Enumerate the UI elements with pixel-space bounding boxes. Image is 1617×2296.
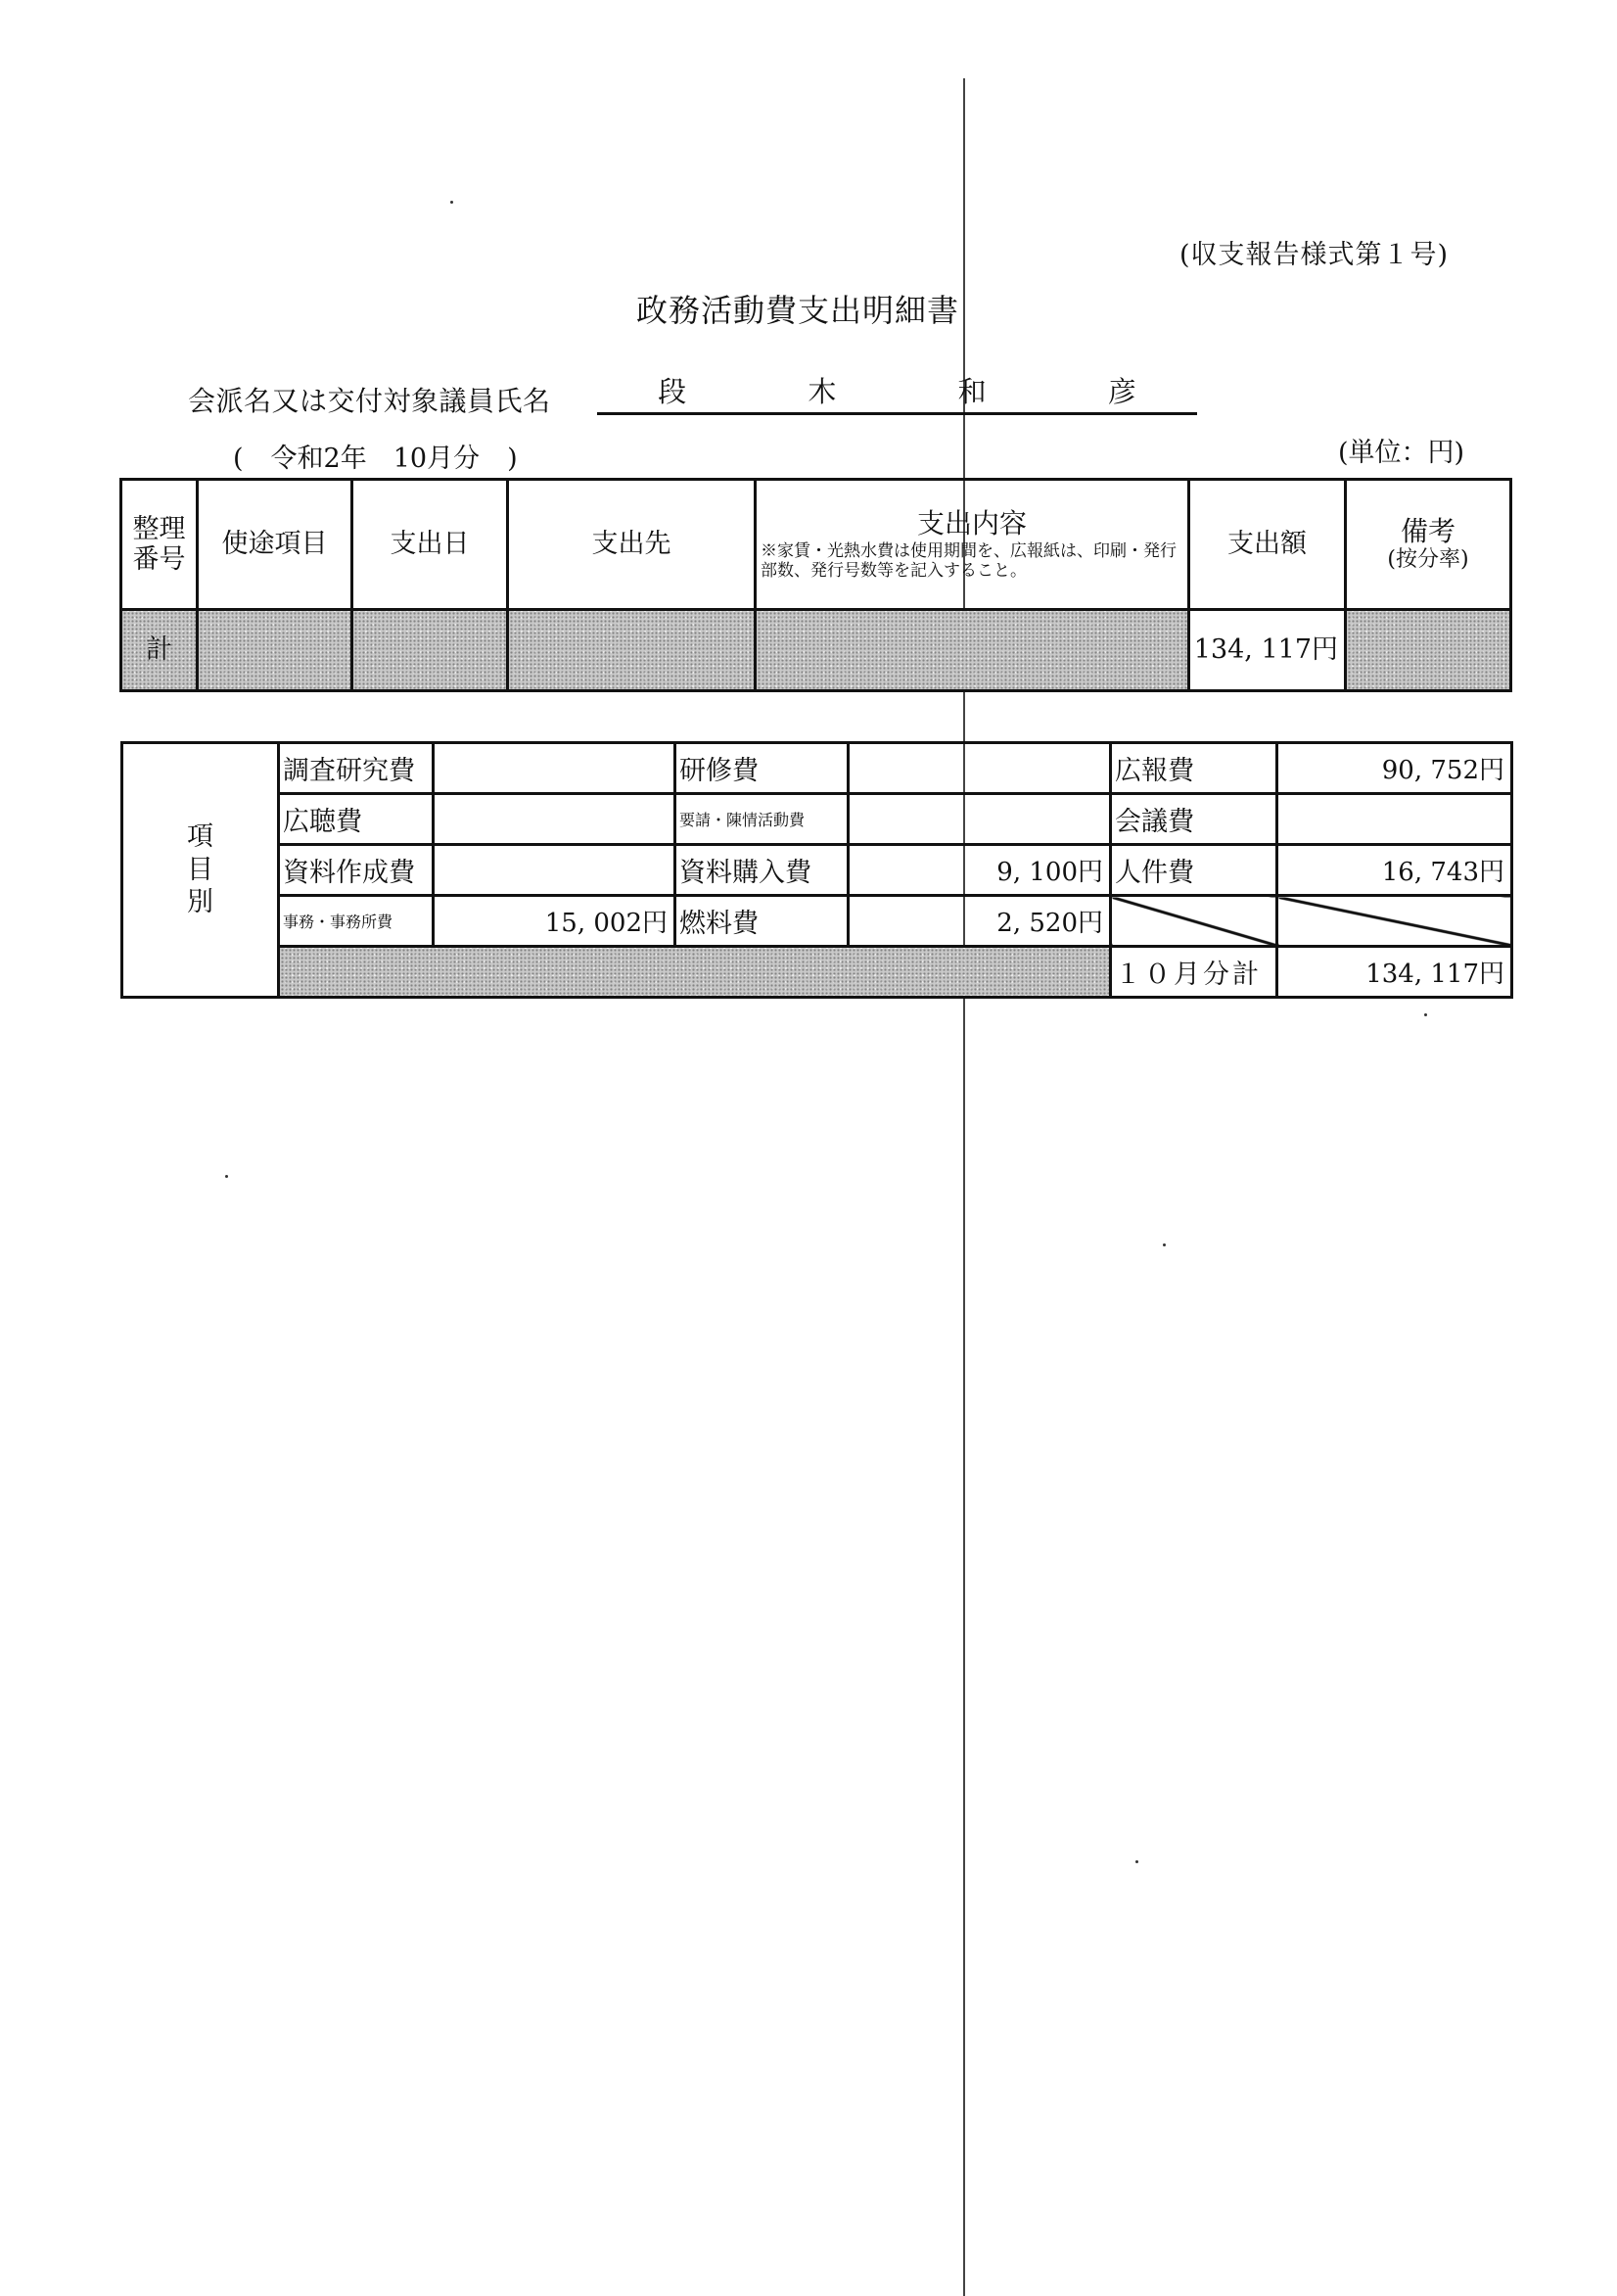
- shaded-cell: [352, 610, 508, 691]
- reporting-period: (令和2年 10月分): [233, 437, 545, 475]
- category-value: 2, 520円: [849, 896, 1111, 947]
- member-name-char: 段: [658, 370, 686, 410]
- category-value: [849, 743, 1111, 794]
- period-open-paren: (: [233, 444, 244, 474]
- category-row: 項 目 別 調査研究費 研修費 広報費 90, 752円: [122, 743, 1512, 794]
- unit-label: (単位：円): [1338, 431, 1464, 469]
- member-name-char: 木: [808, 370, 836, 410]
- scan-speck: [225, 1175, 228, 1178]
- col-header-payee: 支出先: [508, 480, 756, 610]
- category-side-label: 項 目 別: [122, 743, 279, 998]
- expense-detail-table: 整理 番号 使途項目 支出日 支出先 支出内容 ※家賃・光熱水費は使用期間を、広…: [119, 478, 1512, 692]
- shaded-cell: [1346, 610, 1511, 691]
- category-value: [849, 794, 1111, 845]
- total-label: 計: [121, 610, 198, 691]
- category-value: 9, 100円: [849, 845, 1111, 896]
- col-header-amount: 支出額: [1189, 480, 1346, 610]
- category-label: 調査研究費: [279, 743, 434, 794]
- category-label: 資料作成費: [279, 845, 434, 896]
- category-value: 90, 752円: [1277, 743, 1512, 794]
- scan-speck: [1135, 1860, 1138, 1863]
- category-label: 会議費: [1111, 794, 1277, 845]
- period-close-paren: ): [507, 444, 518, 474]
- member-name-field: 段 木 和 彦: [597, 372, 1197, 415]
- scan-speck: [1424, 1013, 1427, 1016]
- category-label: 燃料費: [675, 896, 849, 947]
- form-number: (収支報告様式第１号): [1179, 233, 1449, 271]
- monthly-total-value: 134, 117円: [1277, 947, 1512, 998]
- col-header-date: 支出日: [352, 480, 508, 610]
- description-title: 支出内容: [757, 508, 1187, 539]
- category-label: 広聴費: [279, 794, 434, 845]
- monthly-total-row: １０月分計 134, 117円: [122, 947, 1512, 998]
- scan-speck: [450, 201, 453, 204]
- category-label: 要請・陳情活動費: [675, 794, 849, 845]
- page-title: 政務活動費支出明細書: [636, 286, 959, 331]
- category-label: 広報費: [1111, 743, 1277, 794]
- member-name-label: 会派名又は交付対象議員氏名: [188, 380, 551, 419]
- struck-out-cell: [1277, 896, 1512, 947]
- struck-out-cell: [1111, 896, 1277, 947]
- shaded-cell: [198, 610, 352, 691]
- category-label: 事務・事務所費: [279, 896, 434, 947]
- category-value: 15, 002円: [434, 896, 675, 947]
- shaded-cell: [756, 610, 1189, 691]
- col-header-remarks: 備考 (按分率): [1346, 480, 1511, 610]
- scan-speck: [1163, 1243, 1166, 1246]
- period-text: 令和2年 10月分: [271, 444, 481, 474]
- category-label: 研修費: [675, 743, 849, 794]
- col-header-ref-number: 整理 番号: [121, 480, 198, 610]
- category-row: 広聴費 要請・陳情活動費 会議費: [122, 794, 1512, 845]
- col-header-description: 支出内容 ※家賃・光熱水費は使用期間を、広報紙は、印刷・発行部数、発行号数等を記…: [756, 480, 1189, 610]
- table-header-row: 整理 番号 使途項目 支出日 支出先 支出内容 ※家賃・光熱水費は使用期間を、広…: [121, 480, 1511, 610]
- total-amount: 134, 117円: [1189, 610, 1346, 691]
- shaded-cell: [279, 947, 1111, 998]
- category-label: 人件費: [1111, 845, 1277, 896]
- shaded-cell: [508, 610, 756, 691]
- category-value: [434, 845, 675, 896]
- category-value: 16, 743円: [1277, 845, 1512, 896]
- category-value: [434, 794, 675, 845]
- category-value: [434, 743, 675, 794]
- member-name-char: 彦: [1108, 370, 1136, 410]
- category-label: 資料購入費: [675, 845, 849, 896]
- description-note: ※家賃・光熱水費は使用期間を、広報紙は、印刷・発行部数、発行号数等を記入すること…: [757, 541, 1187, 582]
- category-row: 事務・事務所費 15, 002円 燃料費 2, 520円: [122, 896, 1512, 947]
- total-row: 計 134, 117円: [121, 610, 1511, 691]
- category-row: 資料作成費 資料購入費 9, 100円 人件費 16, 743円: [122, 845, 1512, 896]
- category-summary-table: 項 目 別 調査研究費 研修費 広報費 90, 752円 広聴費 要請・陳情活動…: [120, 741, 1513, 999]
- col-header-purpose: 使途項目: [198, 480, 352, 610]
- member-name-char: 和: [958, 370, 987, 410]
- category-value: [1277, 794, 1512, 845]
- monthly-total-label: １０月分計: [1111, 947, 1277, 998]
